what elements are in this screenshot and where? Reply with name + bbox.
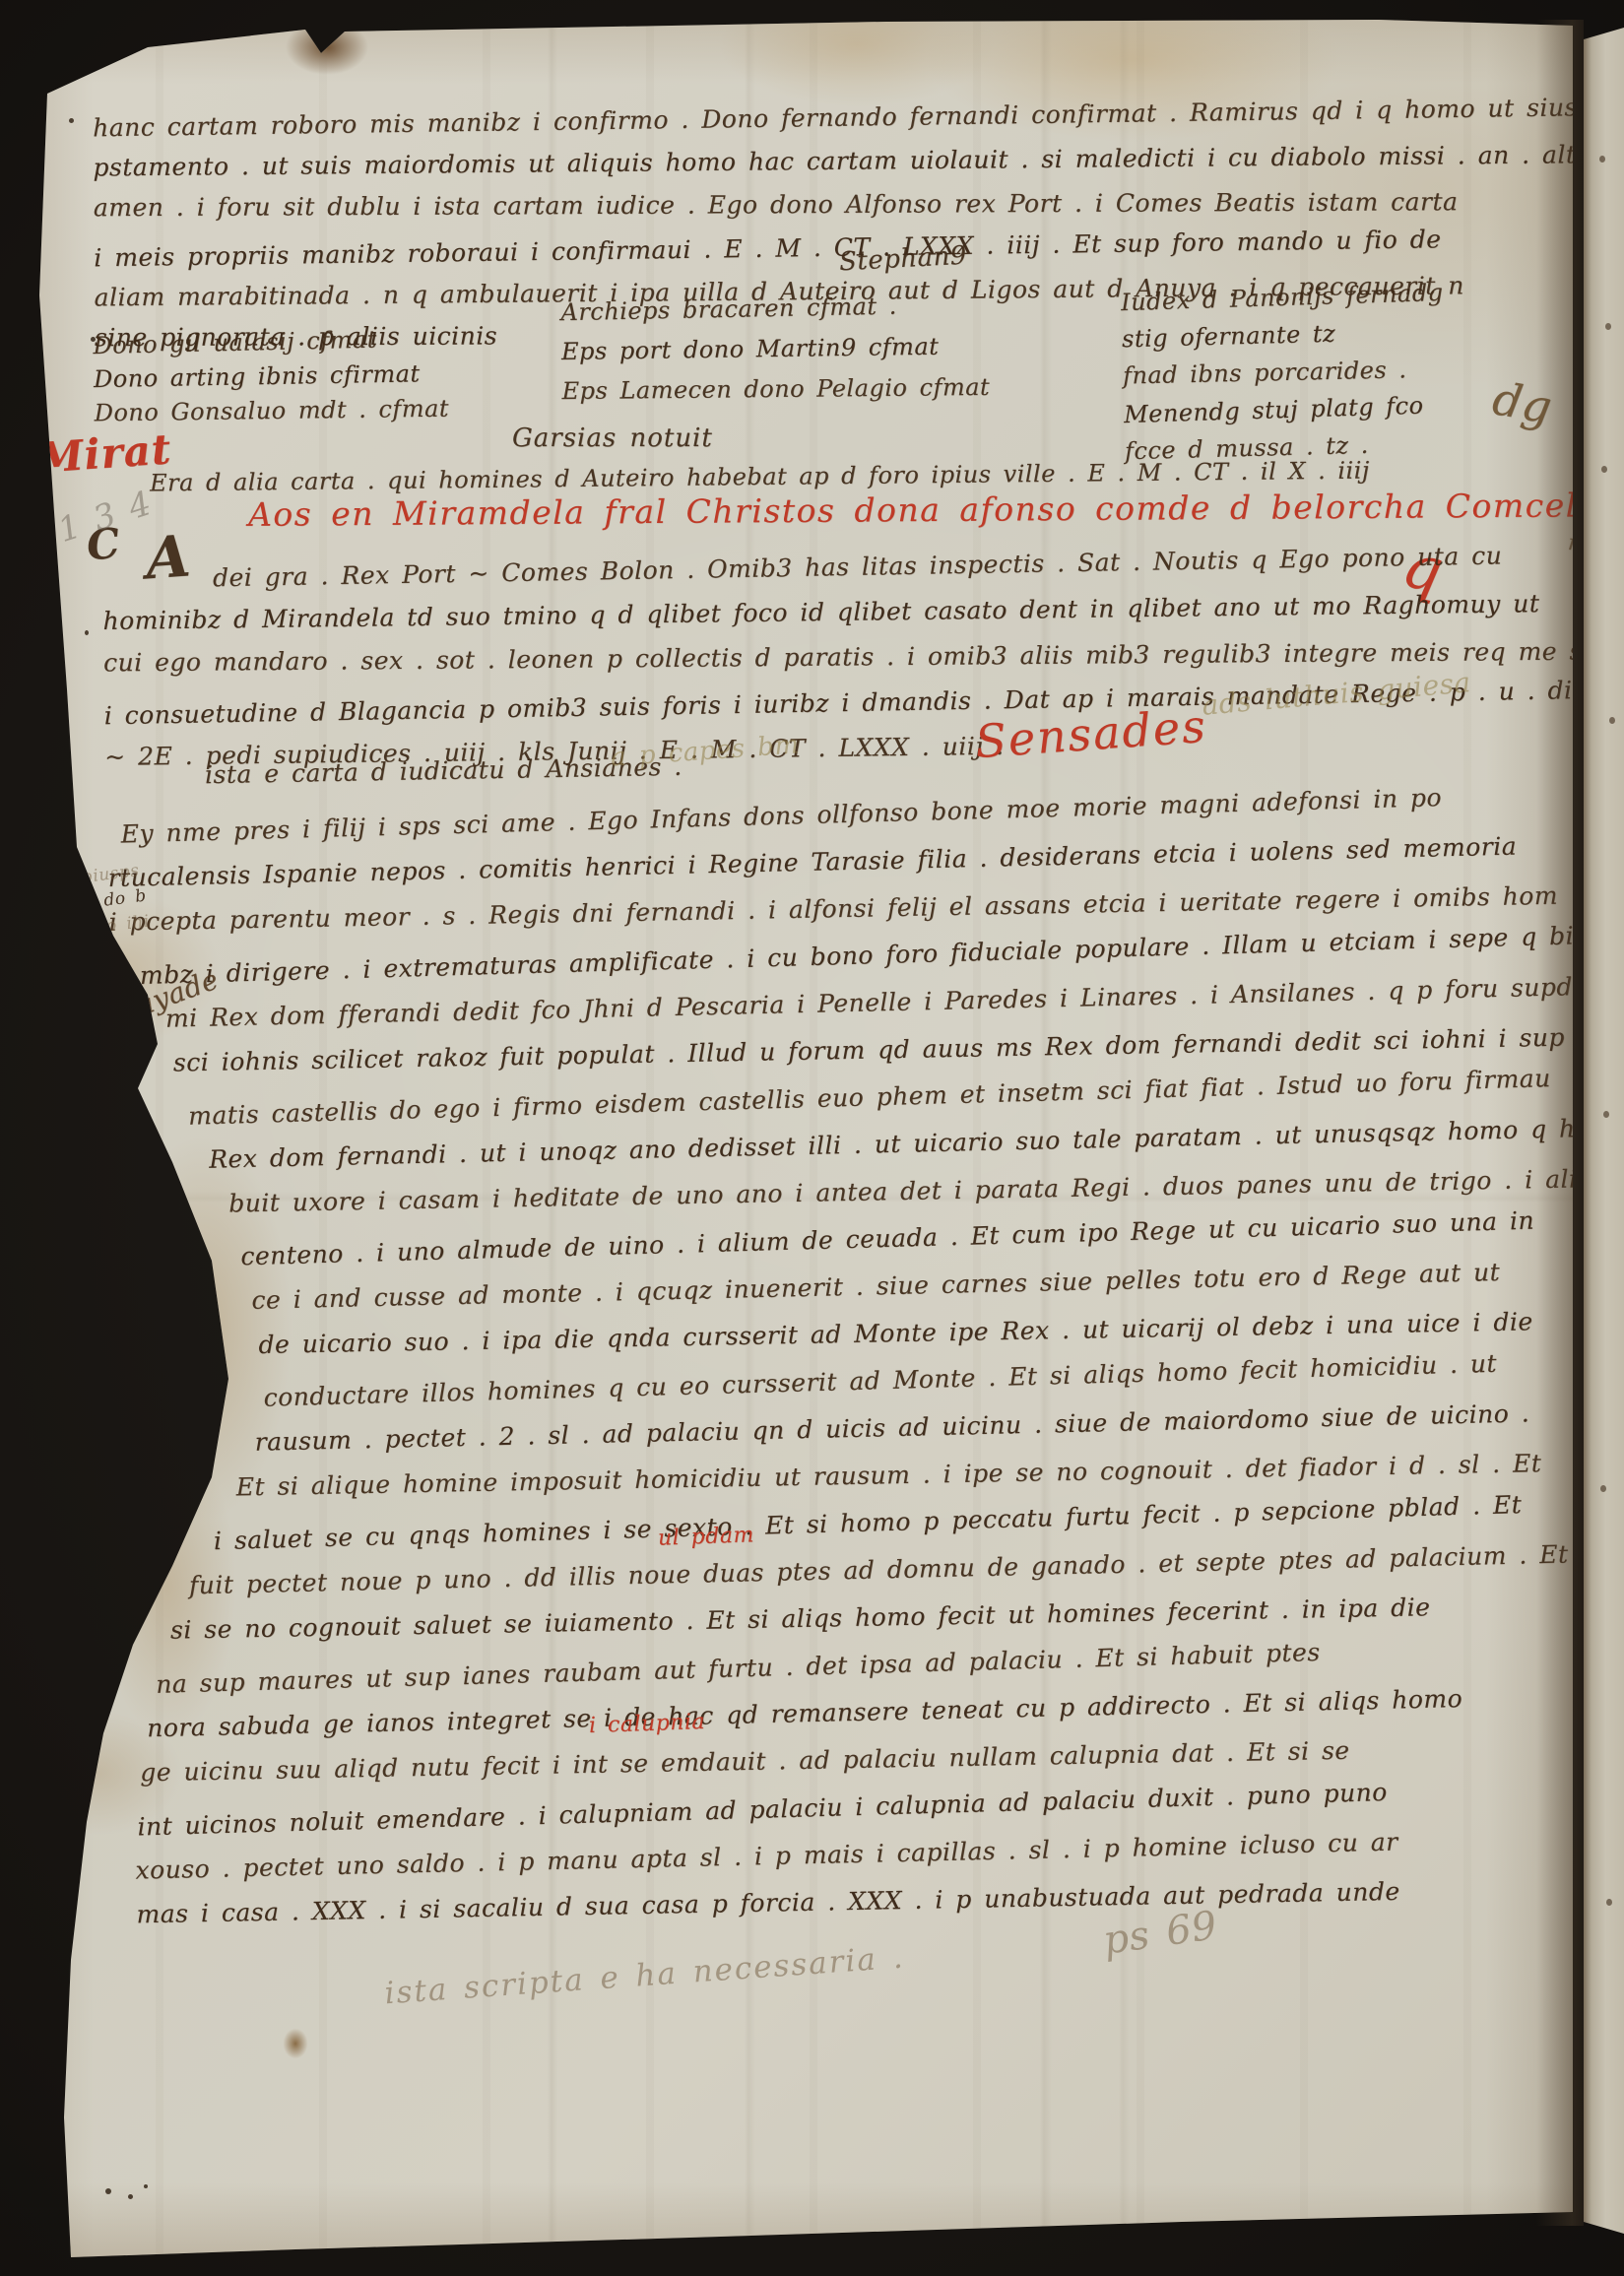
wormhole	[1600, 1485, 1606, 1492]
rubric-heading: Aos en Miramdela fral Christos dona afon…	[248, 486, 1621, 534]
ink-speck	[69, 118, 74, 123]
red-inline-correction: ul pdam	[658, 1523, 755, 1550]
bottom-archival-note: ista scripta e ha necessaria .	[383, 1940, 905, 2012]
wormhole	[128, 2194, 133, 2199]
wormhole	[91, 337, 96, 342]
manuscript-photo: hanc cartam roboro mis manibz i confirmo…	[0, 0, 1624, 2276]
wormhole	[105, 2188, 111, 2194]
wormhole	[1609, 717, 1615, 724]
red-inline-correction: i calupnia	[589, 1710, 706, 1738]
manuscript-page: hanc cartam roboro mis manibz i confirmo…	[0, 0, 1624, 2276]
witness-line: Dono arting ibnis cfirmat	[94, 357, 449, 397]
margin-left-notes: uara obiusps tanc ag do b en q tnro ihi …	[20, 858, 154, 974]
next-folio-edge	[1584, 28, 1624, 2234]
witness-line: Archieps bracaren cfmat .	[560, 285, 989, 333]
main-charter-block: Ey nme pres i filij i sps sci ame . Ego …	[106, 774, 1609, 1942]
witness-column-right: Iudex d Panonijs fernadg stig ofernante …	[1121, 275, 1448, 471]
witness-line: Eps Lamecen dono Pelagio cfmat	[561, 367, 990, 412]
wormhole	[144, 2184, 148, 2188]
witness-line: Eps port dono Martin9 cfmat	[561, 326, 990, 372]
binding-gutter-shadow	[1536, 20, 1584, 2226]
witness-line: Dono Gonsaluo mdt . cfmat	[94, 392, 449, 431]
wormhole	[1601, 466, 1607, 473]
margin-red-title: Mirat	[35, 424, 172, 482]
notary-line: Garsias notuit	[512, 423, 713, 453]
wormhole	[1605, 323, 1611, 330]
wormhole	[1606, 1899, 1612, 1906]
wormhole	[85, 630, 89, 635]
wormhole	[1599, 156, 1605, 163]
charter-mirandela-block: dei gra . Rex Port ~ Comes Bolon . Omib3…	[102, 534, 1624, 780]
witness-column-middle: Archieps bracaren cfmat . Eps port dono …	[560, 286, 990, 413]
witness-column-left: Dono gil ualasij cfmat Dono arting ibnis…	[93, 322, 449, 431]
wormhole	[1603, 1111, 1609, 1118]
